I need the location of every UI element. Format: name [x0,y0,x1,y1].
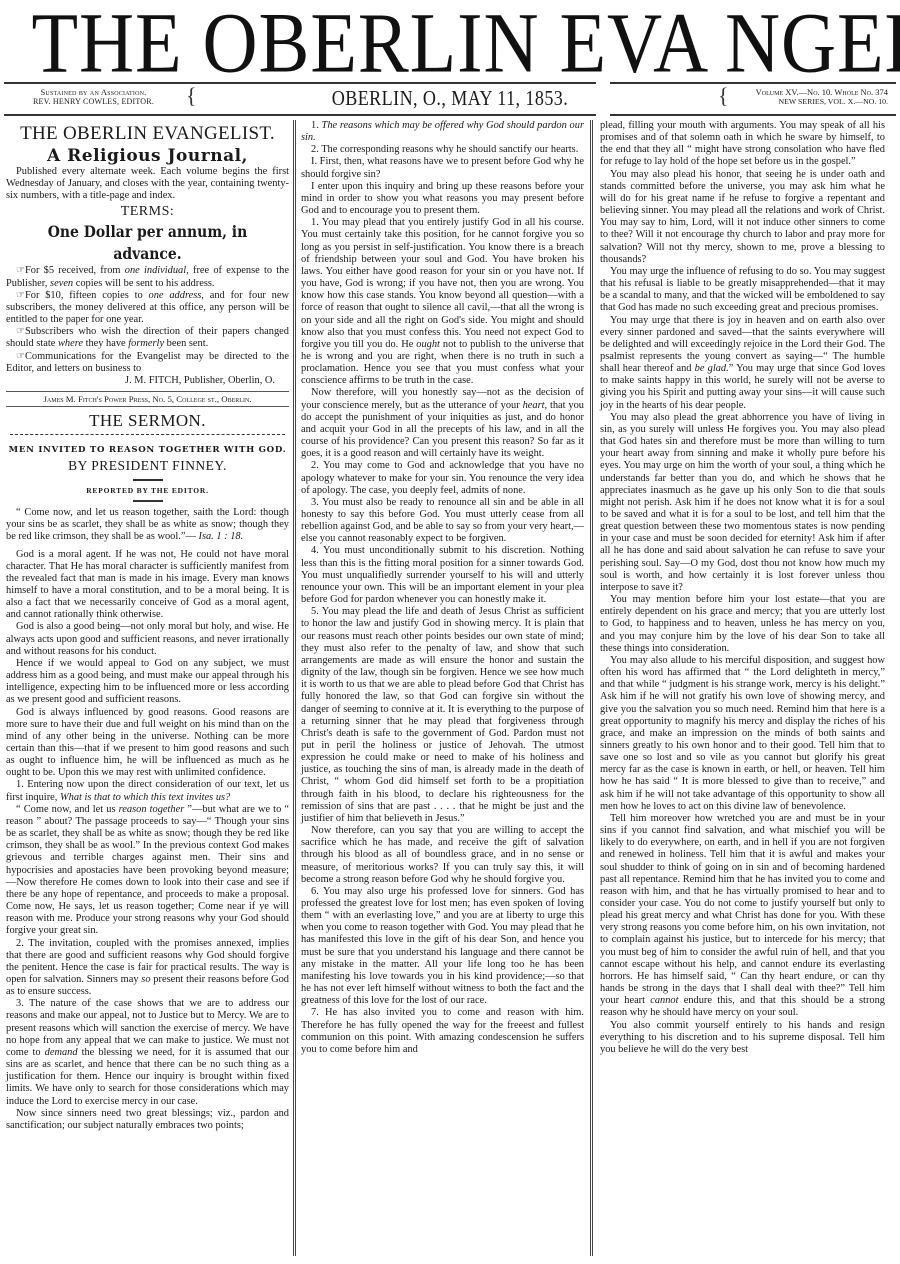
point-1-quote: “ Come now, and let us reason together ”… [6,804,289,938]
notice-address-change: ☞Subscribers who wish the direction of t… [6,326,289,350]
prospectus-title: THE OBERLIN EVANGELIST. [6,122,289,146]
column-1: THE OBERLIN EVANGELIST. A Religious Jour… [6,120,289,1264]
paragraph: You may also plead the great abhorrence … [600,412,885,594]
paragraph: God is also a good being—not only moral … [6,621,289,657]
reason-2: 2. You may come to God and acknowledge t… [301,460,584,496]
volume-info: Volume XV.—No. 10. Whole No. 374 NEW SER… [718,88,888,106]
outline-item-2: 2. The corresponding reasons why he shou… [301,144,584,156]
place-date: OBERLIN, O., MAY 11, 1853. [321,84,579,112]
series-line: NEW SERIES, VOL. X.—NO. 10. [718,97,888,106]
wavy-divider [10,434,285,439]
publisher-signature: J. M. FITCH, Publisher, Oberlin, O. [6,375,289,387]
pointing-hand-icon: ☞ [16,265,25,276]
paragraph: God is always influenced by good reasons… [6,707,289,780]
paragraph: plead, filling your mouth with arguments… [600,120,885,169]
paragraph: Tell him moreover how wretched you are a… [600,813,885,1020]
reason-1: 1. You may plead that you entirely justi… [301,217,584,387]
notice-five-dollars: ☞For $5 received, from one individual, f… [6,265,289,289]
pointing-hand-icon: ☞ [16,290,25,301]
short-divider [133,479,163,481]
point-3: 3. The nature of the case shows that we … [6,998,289,1107]
masthead-rule-left-bottom [4,114,596,116]
column-divider [293,120,296,1256]
point-2: 2. The invitation, coupled with the prom… [6,938,289,999]
reason-5: 5. You may plead the life and death of J… [301,606,584,825]
reason-7: 7. He has also invited you to come and r… [301,1007,584,1056]
two-points-intro: Now since sinners need two great blessin… [6,1108,289,1132]
reason-6: 6. You may also urge his professed love … [301,886,584,1008]
paragraph: You may urge the influence of refusing t… [600,266,885,315]
notice-ten-dollars: ☞For $10, fifteen copies to one address,… [6,290,289,326]
paragraph: You may urge that there is joy in heaven… [600,315,885,412]
paragraph: I enter upon this inquiry and bring up t… [301,181,584,217]
column-3: plead, filling your mouth with arguments… [600,120,885,1264]
masthead-title: THE OBERLIN EVA NGELIST. [32,2,869,84]
paragraph: Now therefore, will you honestly say—not… [301,387,584,460]
point-1: 1. Entering now upon the direct consider… [6,779,289,803]
reason-4: 4. You must unconditionally submit to hi… [301,545,584,606]
masthead-rule-right-bottom [610,114,896,116]
volume-line: Volume XV.—No. 10. Whole No. 374 [718,88,888,97]
column-2: 1. The reasons which may be offered why … [301,120,584,1264]
sermon-title: MEN INVITED TO REASON TOGETHER WITH GOD. [6,445,289,455]
column-divider [590,120,593,1256]
paragraph: You may also plead his honor, that seein… [600,169,885,266]
section-heading: THE SERMON. [6,410,289,432]
press-line: James M. Fitch's Power Press, No. 5, Col… [6,391,289,407]
editor-line: REV. HENRY COWLES, EDITOR. [6,97,181,106]
paragraph: God is a moral agent. If he was not, He … [6,549,289,622]
paragraph: I. First, then, what reasons have we to … [301,156,584,180]
pointing-hand-icon: ☞ [16,326,25,337]
notice-communications: ☞Communications for the Evangelist may b… [6,351,289,375]
brace-icon: { [186,85,197,107]
prospectus-description: Published every alternate week. Each vol… [6,166,289,202]
paragraph: Now therefore, can you say that you are … [301,825,584,886]
paragraph: You may mention before him your lost est… [600,594,885,655]
prospectus-subtitle: A Religious Journal, [6,146,289,166]
dateline: Sustained by an Association. REV. HENRY … [0,84,900,112]
terms-heading: TERMS: [6,203,289,221]
reported-by: REPORTED BY THE EDITOR. [6,486,289,495]
editor-credit: Sustained by an Association. REV. HENRY … [6,88,181,106]
pointing-hand-icon: ☞ [16,351,25,362]
outline-item-1: 1. The reasons which may be offered why … [301,120,584,144]
paragraph: Hence if we would appeal to God on any s… [6,658,289,707]
scripture-reference: Isa. 1 : 18. [198,531,243,542]
subscription-price: One Dollar per annum, in advance. [20,221,275,265]
paragraph: You may also allude to his merciful disp… [600,655,885,813]
sustained-line: Sustained by an Association. [6,88,181,97]
reason-3: 3. You must also be ready to renounce al… [301,497,584,546]
epigraph: “ Come now, and let us reason together, … [6,507,289,543]
paragraph: You also commit yourself entirely to his… [600,1020,885,1056]
sermon-byline: BY PRESIDENT FINNEY. [6,457,289,474]
short-divider [133,500,163,502]
